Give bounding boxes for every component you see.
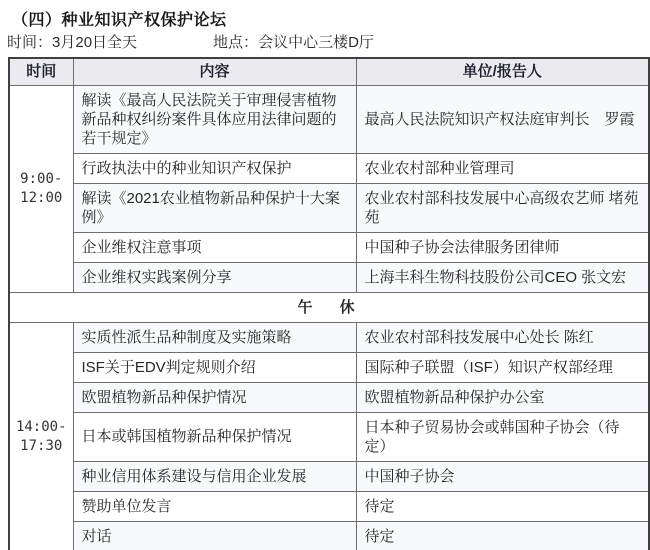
meta-time-label: 时间： — [7, 34, 52, 51]
agenda-row: 9:00- 12:00解读《最高人民法院关于审理侵害植物新品种权纠纷案件具体应用… — [9, 85, 649, 153]
time-block-cell: 14:00- 17:30 — [9, 322, 73, 550]
agenda-content-cell: 实质性派生品种制度及实施策略 — [73, 322, 356, 352]
agenda-content-cell: 赞助单位发言 — [73, 491, 356, 521]
agenda-speaker-cell: 中国种子协会法律服务团律师 — [356, 232, 649, 262]
header-row: 时间 内容 单位/报告人 — [9, 58, 649, 85]
agenda-row: 企业维权注意事项中国种子协会法律服务团律师 — [9, 232, 649, 262]
agenda-speaker-cell: 待定 — [356, 521, 649, 550]
agenda-speaker-cell: 最高人民法院知识产权法庭审判长 罗霞 — [356, 85, 649, 153]
forum-title: （四）种业知识产权保护论坛 — [12, 7, 227, 30]
break-row: 午 休 — [9, 292, 649, 322]
agenda-content-cell: 日本或韩国植物新品种保护情况 — [73, 412, 356, 461]
meta-location-label: 地点： — [213, 34, 258, 51]
agenda-content-cell: ISF关于EDV判定规则介绍 — [73, 352, 356, 382]
document-page: （四）种业知识产权保护论坛 时间：3月20日全天地点：会议中心三楼D厅 时间 内… — [0, 0, 650, 550]
agenda-content-cell: 解读《最高人民法院关于审理侵害植物新品种权纠纷案件具体应用法律问题的若干规定》 — [73, 85, 356, 153]
time-block-cell: 9:00- 12:00 — [9, 85, 73, 292]
col-header-content: 内容 — [73, 58, 356, 85]
agenda-speaker-cell: 待定 — [356, 491, 649, 521]
schedule-body: 9:00- 12:00解读《最高人民法院关于审理侵害植物新品种权纠纷案件具体应用… — [9, 85, 649, 550]
agenda-row: 对话待定 — [9, 521, 649, 550]
col-header-speaker: 单位/报告人 — [356, 58, 649, 85]
agenda-speaker-cell: 农业农村部科技发展中心高级农艺师 堵苑苑 — [356, 183, 649, 232]
agenda-speaker-cell: 国际种子联盟（ISF）知识产权部经理 — [356, 352, 649, 382]
agenda-speaker-cell: 农业农村部科技发展中心处长 陈红 — [356, 322, 649, 352]
schedule-meta: 时间：3月20日全天地点：会议中心三楼D厅 — [7, 31, 374, 52]
agenda-row: ISF关于EDV判定规则介绍国际种子联盟（ISF）知识产权部经理 — [9, 352, 649, 382]
agenda-row: 赞助单位发言待定 — [9, 491, 649, 521]
agenda-speaker-cell: 日本种子贸易协会或韩国种子协会（待定） — [356, 412, 649, 461]
agenda-content-cell: 企业维权注意事项 — [73, 232, 356, 262]
agenda-row: 行政执法中的种业知识产权保护农业农村部种业管理司 — [9, 153, 649, 183]
agenda-row: 企业维权实践案例分享上海丰科生物科技股份公司CEO 张文宏 — [9, 262, 649, 292]
agenda-content-cell: 行政执法中的种业知识产权保护 — [73, 153, 356, 183]
break-cell: 午 休 — [9, 292, 649, 322]
agenda-row: 种业信用体系建设与信用企业发展中国种子协会 — [9, 461, 649, 491]
agenda-content-cell: 欧盟植物新品种保护情况 — [73, 382, 356, 412]
agenda-row: 日本或韩国植物新品种保护情况日本种子贸易协会或韩国种子协会（待定） — [9, 412, 649, 461]
schedule-header: 时间 内容 单位/报告人 — [9, 58, 649, 85]
meta-location-value: 会议中心三楼D厅 — [258, 34, 374, 51]
meta-time-value: 3月20日全天 — [52, 34, 137, 51]
agenda-speaker-cell: 农业农村部种业管理司 — [356, 153, 649, 183]
agenda-row: 欧盟植物新品种保护情况欧盟植物新品种保护办公室 — [9, 382, 649, 412]
col-header-time: 时间 — [9, 58, 73, 85]
agenda-content-cell: 对话 — [73, 521, 356, 550]
agenda-content-cell: 解读《2021农业植物新品种保护十大案例》 — [73, 183, 356, 232]
agenda-speaker-cell: 上海丰科生物科技股份公司CEO 张文宏 — [356, 262, 649, 292]
agenda-content-cell: 种业信用体系建设与信用企业发展 — [73, 461, 356, 491]
agenda-row: 14:00- 17:30实质性派生品种制度及实施策略农业农村部科技发展中心处长 … — [9, 322, 649, 352]
agenda-speaker-cell: 中国种子协会 — [356, 461, 649, 491]
agenda-speaker-cell: 欧盟植物新品种保护办公室 — [356, 382, 649, 412]
agenda-content-cell: 企业维权实践案例分享 — [73, 262, 356, 292]
schedule-table: 时间 内容 单位/报告人 9:00- 12:00解读《最高人民法院关于审理侵害植… — [8, 57, 650, 550]
agenda-row: 解读《2021农业植物新品种保护十大案例》农业农村部科技发展中心高级农艺师 堵苑… — [9, 183, 649, 232]
